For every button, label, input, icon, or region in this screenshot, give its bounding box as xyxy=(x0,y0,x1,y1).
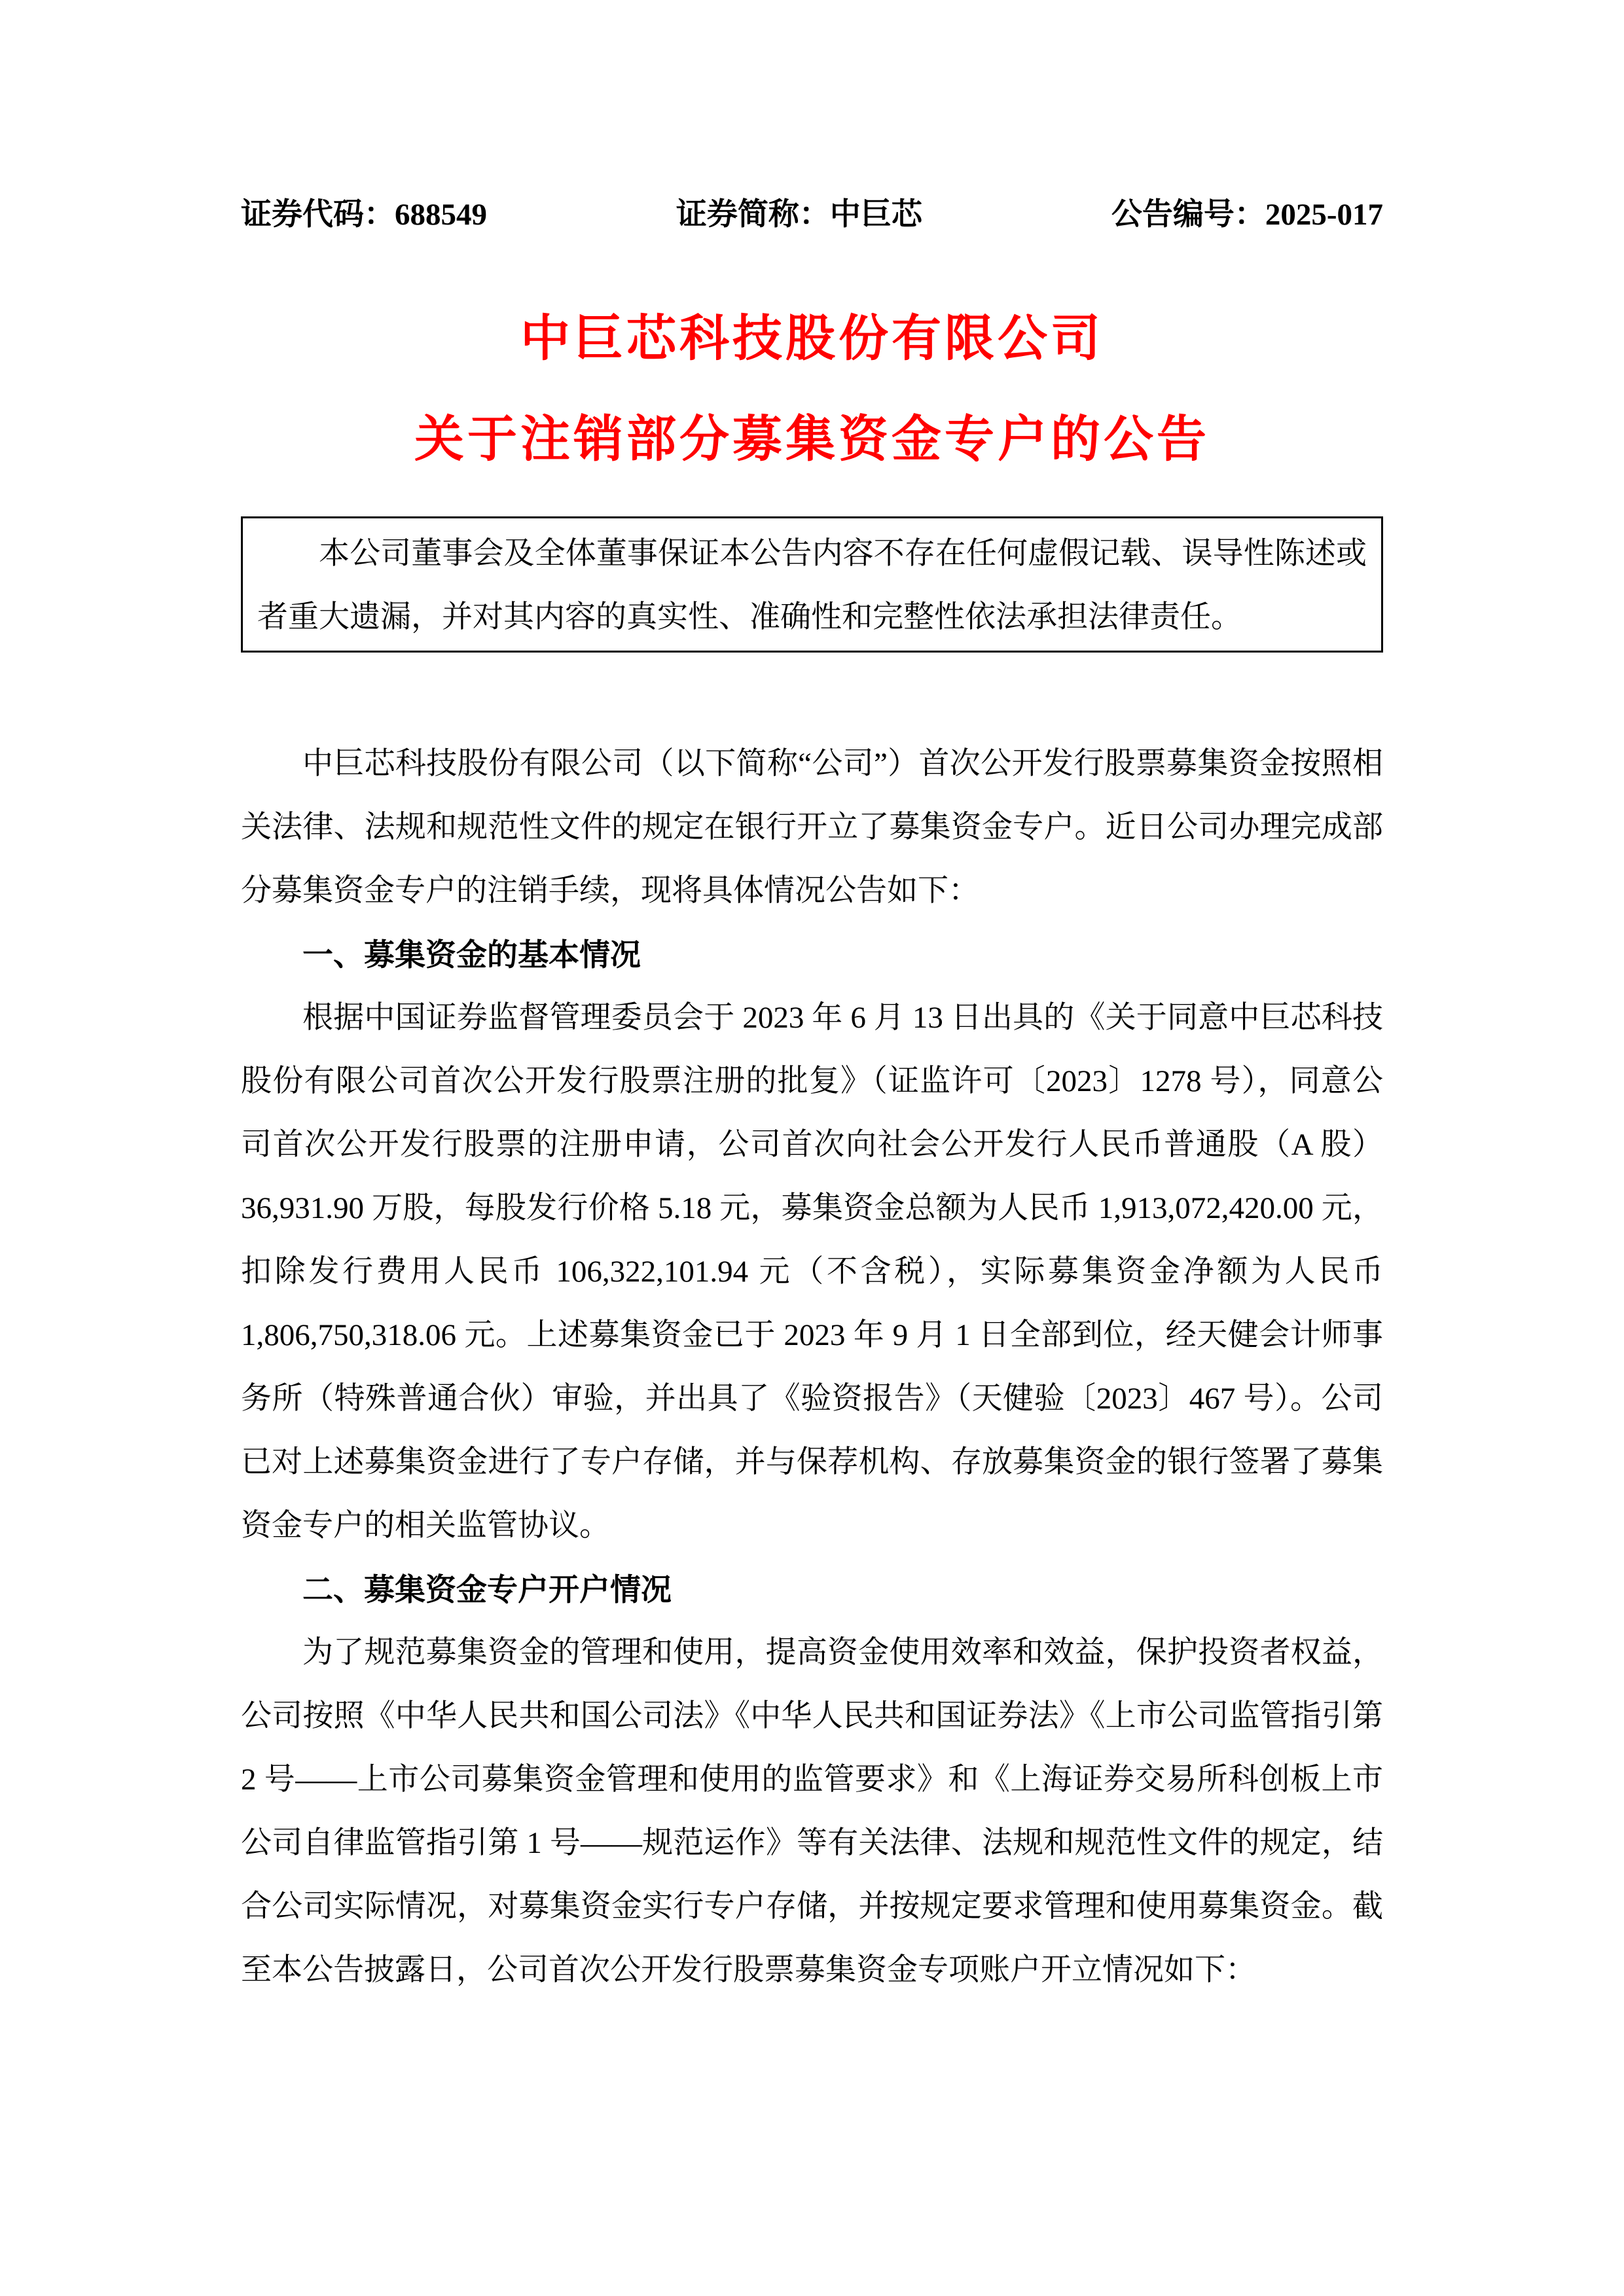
stock-abbr-value: 中巨芯 xyxy=(830,198,922,232)
stock-code-value: 688549 xyxy=(395,198,487,232)
intro-paragraph: 中巨芯科技股份有限公司（以下简称“公司”）首次公开发行股票募集资金按照相关法律、… xyxy=(241,732,1383,923)
section-1-heading: 一、募集资金的基本情况 xyxy=(241,923,1383,986)
announcement-number: 公告编号：2025-017 xyxy=(1111,195,1383,234)
board-disclaimer-text: 本公司董事会及全体董事保证本公告内容不存在任何虚假记载、误导性陈述或者重大遗漏，… xyxy=(257,522,1367,649)
section-1-paragraph: 根据中国证券监督管理委员会于 2023 年 6 月 13 日出具的《关于同意中巨… xyxy=(241,986,1383,1558)
announcement-number-value: 2025-017 xyxy=(1265,198,1383,232)
section-2-paragraph: 为了规范募集资金的管理和使用，提高资金使用效率和效益，保护投资者权益，公司按照《… xyxy=(241,1621,1383,2002)
board-disclaimer-box: 本公司董事会及全体董事保证本公告内容不存在任何虚假记载、误导性陈述或者重大遗漏，… xyxy=(241,516,1383,653)
section-2-heading: 二、募集资金专户开户情况 xyxy=(241,1558,1383,1621)
company-name-title: 中巨芯科技股份有限公司 xyxy=(241,306,1383,372)
stock-code: 证券代码：688549 xyxy=(241,195,487,234)
stock-code-label: 证券代码： xyxy=(241,198,395,232)
page-content: 证券代码：688549 证券简称：中巨芯 公告编号：2025-017 中巨芯科技… xyxy=(241,0,1383,2002)
announcement-title: 关于注销部分募集资金专户的公告 xyxy=(241,407,1383,473)
announcement-number-label: 公告编号： xyxy=(1111,198,1265,232)
announcement-page: 证券代码：688549 证券简称：中巨芯 公告编号：2025-017 中巨芯科技… xyxy=(0,0,1624,2296)
stock-abbr-label: 证券简称： xyxy=(676,198,830,232)
stock-abbr: 证券简称：中巨芯 xyxy=(676,195,922,234)
securities-info-row: 证券代码：688549 证券简称：中巨芯 公告编号：2025-017 xyxy=(241,0,1383,234)
